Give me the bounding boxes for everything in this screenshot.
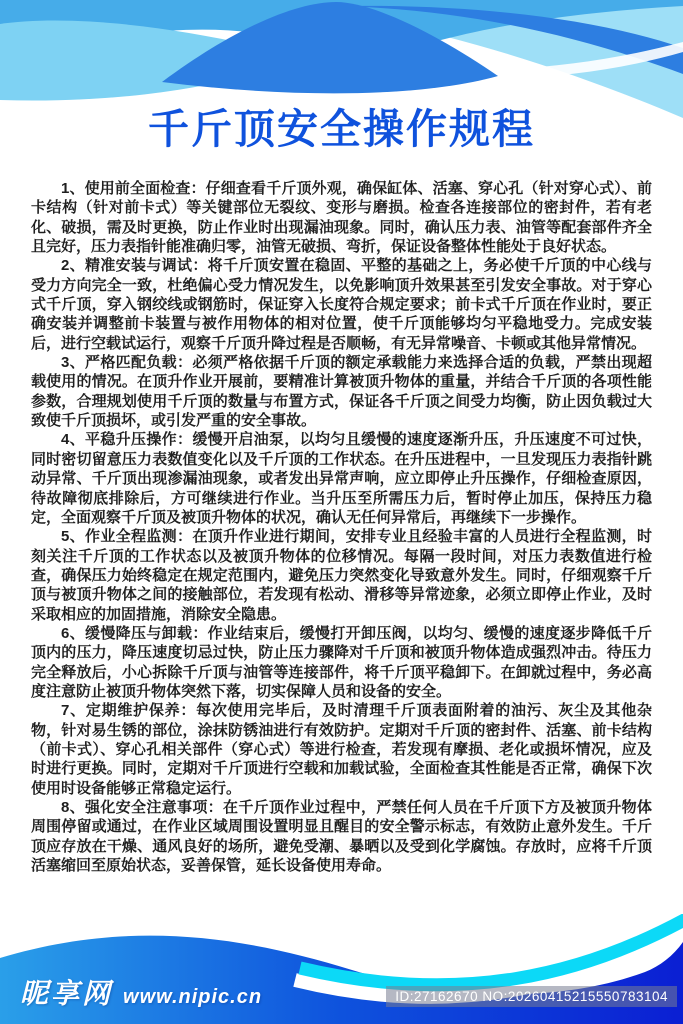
procedure-paragraph-1: 1、使用前全面检查：仔细查看千斤顶外观，确保缸体、活塞、穿心孔（针对穿心式）、前… bbox=[31, 179, 652, 256]
watermark: 昵享网www.nipic.cn bbox=[20, 972, 262, 1012]
procedure-paragraph-4: 4、平稳升压操作：缓慢开启油泵，以均匀且缓慢的速度逐渐升压，升压速度不可过快，同… bbox=[31, 430, 652, 527]
safety-procedure-poster: 千斤顶安全操作规程 1、使用前全面检查：仔细查看千斤顶外观，确保缸体、活塞、穿心… bbox=[0, 0, 683, 1024]
procedure-paragraph-8: 8、强化安全注意事项：在千斤顶作业过程中，严禁任何人员在千斤顶下方及被顶升物体周… bbox=[31, 798, 652, 875]
procedure-paragraph-7: 7、定期维护保养：每次使用完毕后，及时清理千斤顶表面附着的油污、灰尘及其他杂物，… bbox=[31, 701, 652, 798]
procedure-paragraph-5: 5、作业全程监测：在顶升作业进行期间，安排专业且经验丰富的人员进行全程监测，时刻… bbox=[31, 527, 652, 624]
watermark-url: www.nipic.cn bbox=[123, 986, 262, 1008]
page-title: 千斤顶安全操作规程 bbox=[0, 96, 683, 155]
image-id-badge: ID:27162670 NO:20260415215550783104 bbox=[386, 986, 677, 1007]
procedure-paragraph-3: 3、严格匹配负载：必须严格依据千斤顶的额定承载能力来选择合适的负载，严禁出现超载… bbox=[31, 353, 652, 430]
nipic-logo: 昵享网 bbox=[20, 978, 113, 1009]
procedure-paragraph-6: 6、缓慢降压与卸载：作业结束后，缓慢打开卸压阀，以均匀、缓慢的速度逐步降低千斤顶… bbox=[31, 624, 652, 701]
procedure-text: 1、使用前全面检查：仔细查看千斤顶外观，确保缸体、活塞、穿心孔（针对穿心式）、前… bbox=[31, 179, 652, 875]
procedure-paragraph-2: 2、精准安装与调试：将千斤顶安置在稳固、平整的基础之上，务必使千斤顶的中心线与受… bbox=[31, 256, 652, 353]
